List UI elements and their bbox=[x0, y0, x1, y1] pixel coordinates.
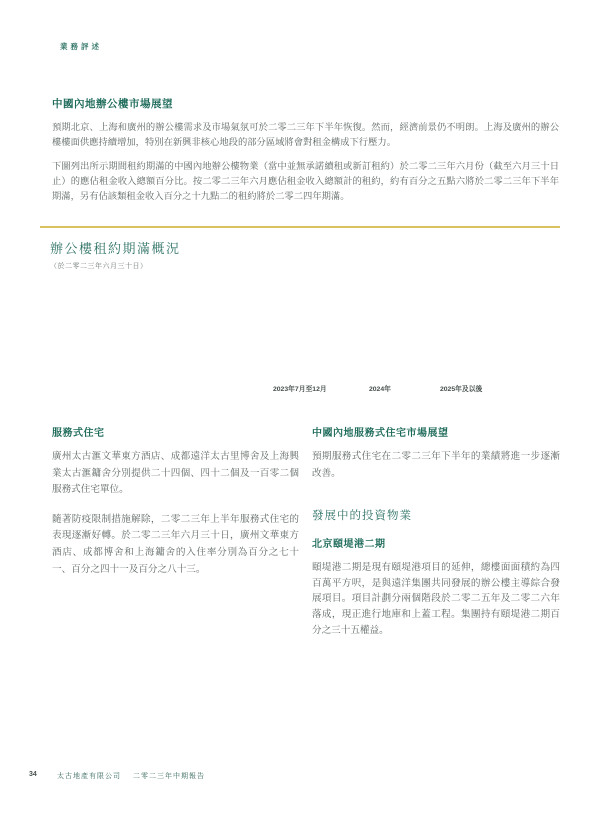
office-market-outlook-heading: 中國內地辦公樓市場展望 bbox=[52, 96, 559, 111]
lease-expiry-chart: 2023年7月至12月 2024年 2025年及以後 bbox=[40, 280, 560, 392]
chart-x-axis-label-2024: 2024年 bbox=[369, 383, 391, 393]
serviced-residences-paragraph-2: 隨著防疫限制措施解除，二零二三年上半年服務式住宅的表現逐漸好轉。於二零二三年六月… bbox=[52, 512, 299, 578]
chart-x-axis-label-2023h2: 2023年7月至12月 bbox=[273, 383, 327, 393]
section-divider-rule bbox=[40, 226, 560, 228]
chart-x-axis-label-2025-and-later: 2025年及以後 bbox=[440, 383, 482, 393]
footer-page-number: 34 bbox=[29, 771, 37, 778]
office-market-outlook-paragraph-2: 下圖列出所示期間租約期滿的中國內地辦公樓物業（當中並無承諾續租或新訂租約）於二零… bbox=[52, 159, 559, 205]
serviced-residences-section: 服務式住宅 廣州太古滙文華東方酒店、成都遠洋太古里博舍及上海興業太古滙鏞舍分別提… bbox=[52, 424, 299, 591]
serviced-residences-paragraph-1: 廣州太古滙文華東方酒店、成都遠洋太古里博舍及上海興業太古滙鏞舍分別提供二十四個、… bbox=[52, 449, 299, 499]
investment-properties-section-title: 發展中的投資物業 bbox=[312, 507, 560, 523]
right-column: 中國內地服務式住宅市場展望 預期服務式住宅在二零二三年下半年的業績將進一步逐漸改… bbox=[312, 424, 560, 651]
residences-outlook-heading: 中國內地服務式住宅市場展望 bbox=[312, 424, 560, 439]
office-market-outlook-paragraph-1: 預期北京、上海和廣州的辦公樓需求及市場氣氛可於二零二三年下半年恢復。然而，經濟前… bbox=[52, 120, 559, 151]
footer-report-title: 二零二三年中期報告 bbox=[133, 771, 205, 781]
footer-company-name: 太古地產有限公司 bbox=[57, 771, 121, 781]
lease-expiry-as-at-date: （於二零二三年六月三十日） bbox=[50, 261, 148, 271]
serviced-residences-heading: 服務式住宅 bbox=[52, 424, 299, 439]
beijing-indigo-phase2-heading: 北京頤堤港二期 bbox=[312, 535, 560, 550]
office-market-outlook-section: 中國內地辦公樓市場展望 預期北京、上海和廣州的辦公樓需求及市場氣氛可於二零二三年… bbox=[52, 96, 559, 212]
lease-expiry-section-title: 辦公樓租約期滿概況 bbox=[50, 238, 181, 257]
residences-outlook-paragraph: 預期服務式住宅在二零二三年下半年的業績將進一步逐漸改善。 bbox=[312, 449, 560, 482]
beijing-indigo-phase2-paragraph: 頤堤港二期是現有頤堤港項目的延伸，總樓面面積約為四百萬平方呎，是與遠洋集團共同發… bbox=[312, 560, 560, 638]
running-head-section-label: 業務評述 bbox=[60, 41, 102, 52]
report-page: 業務評述 中國內地辦公樓市場展望 預期北京、上海和廣州的辦公樓需求及市場氣氛可於… bbox=[0, 0, 600, 814]
